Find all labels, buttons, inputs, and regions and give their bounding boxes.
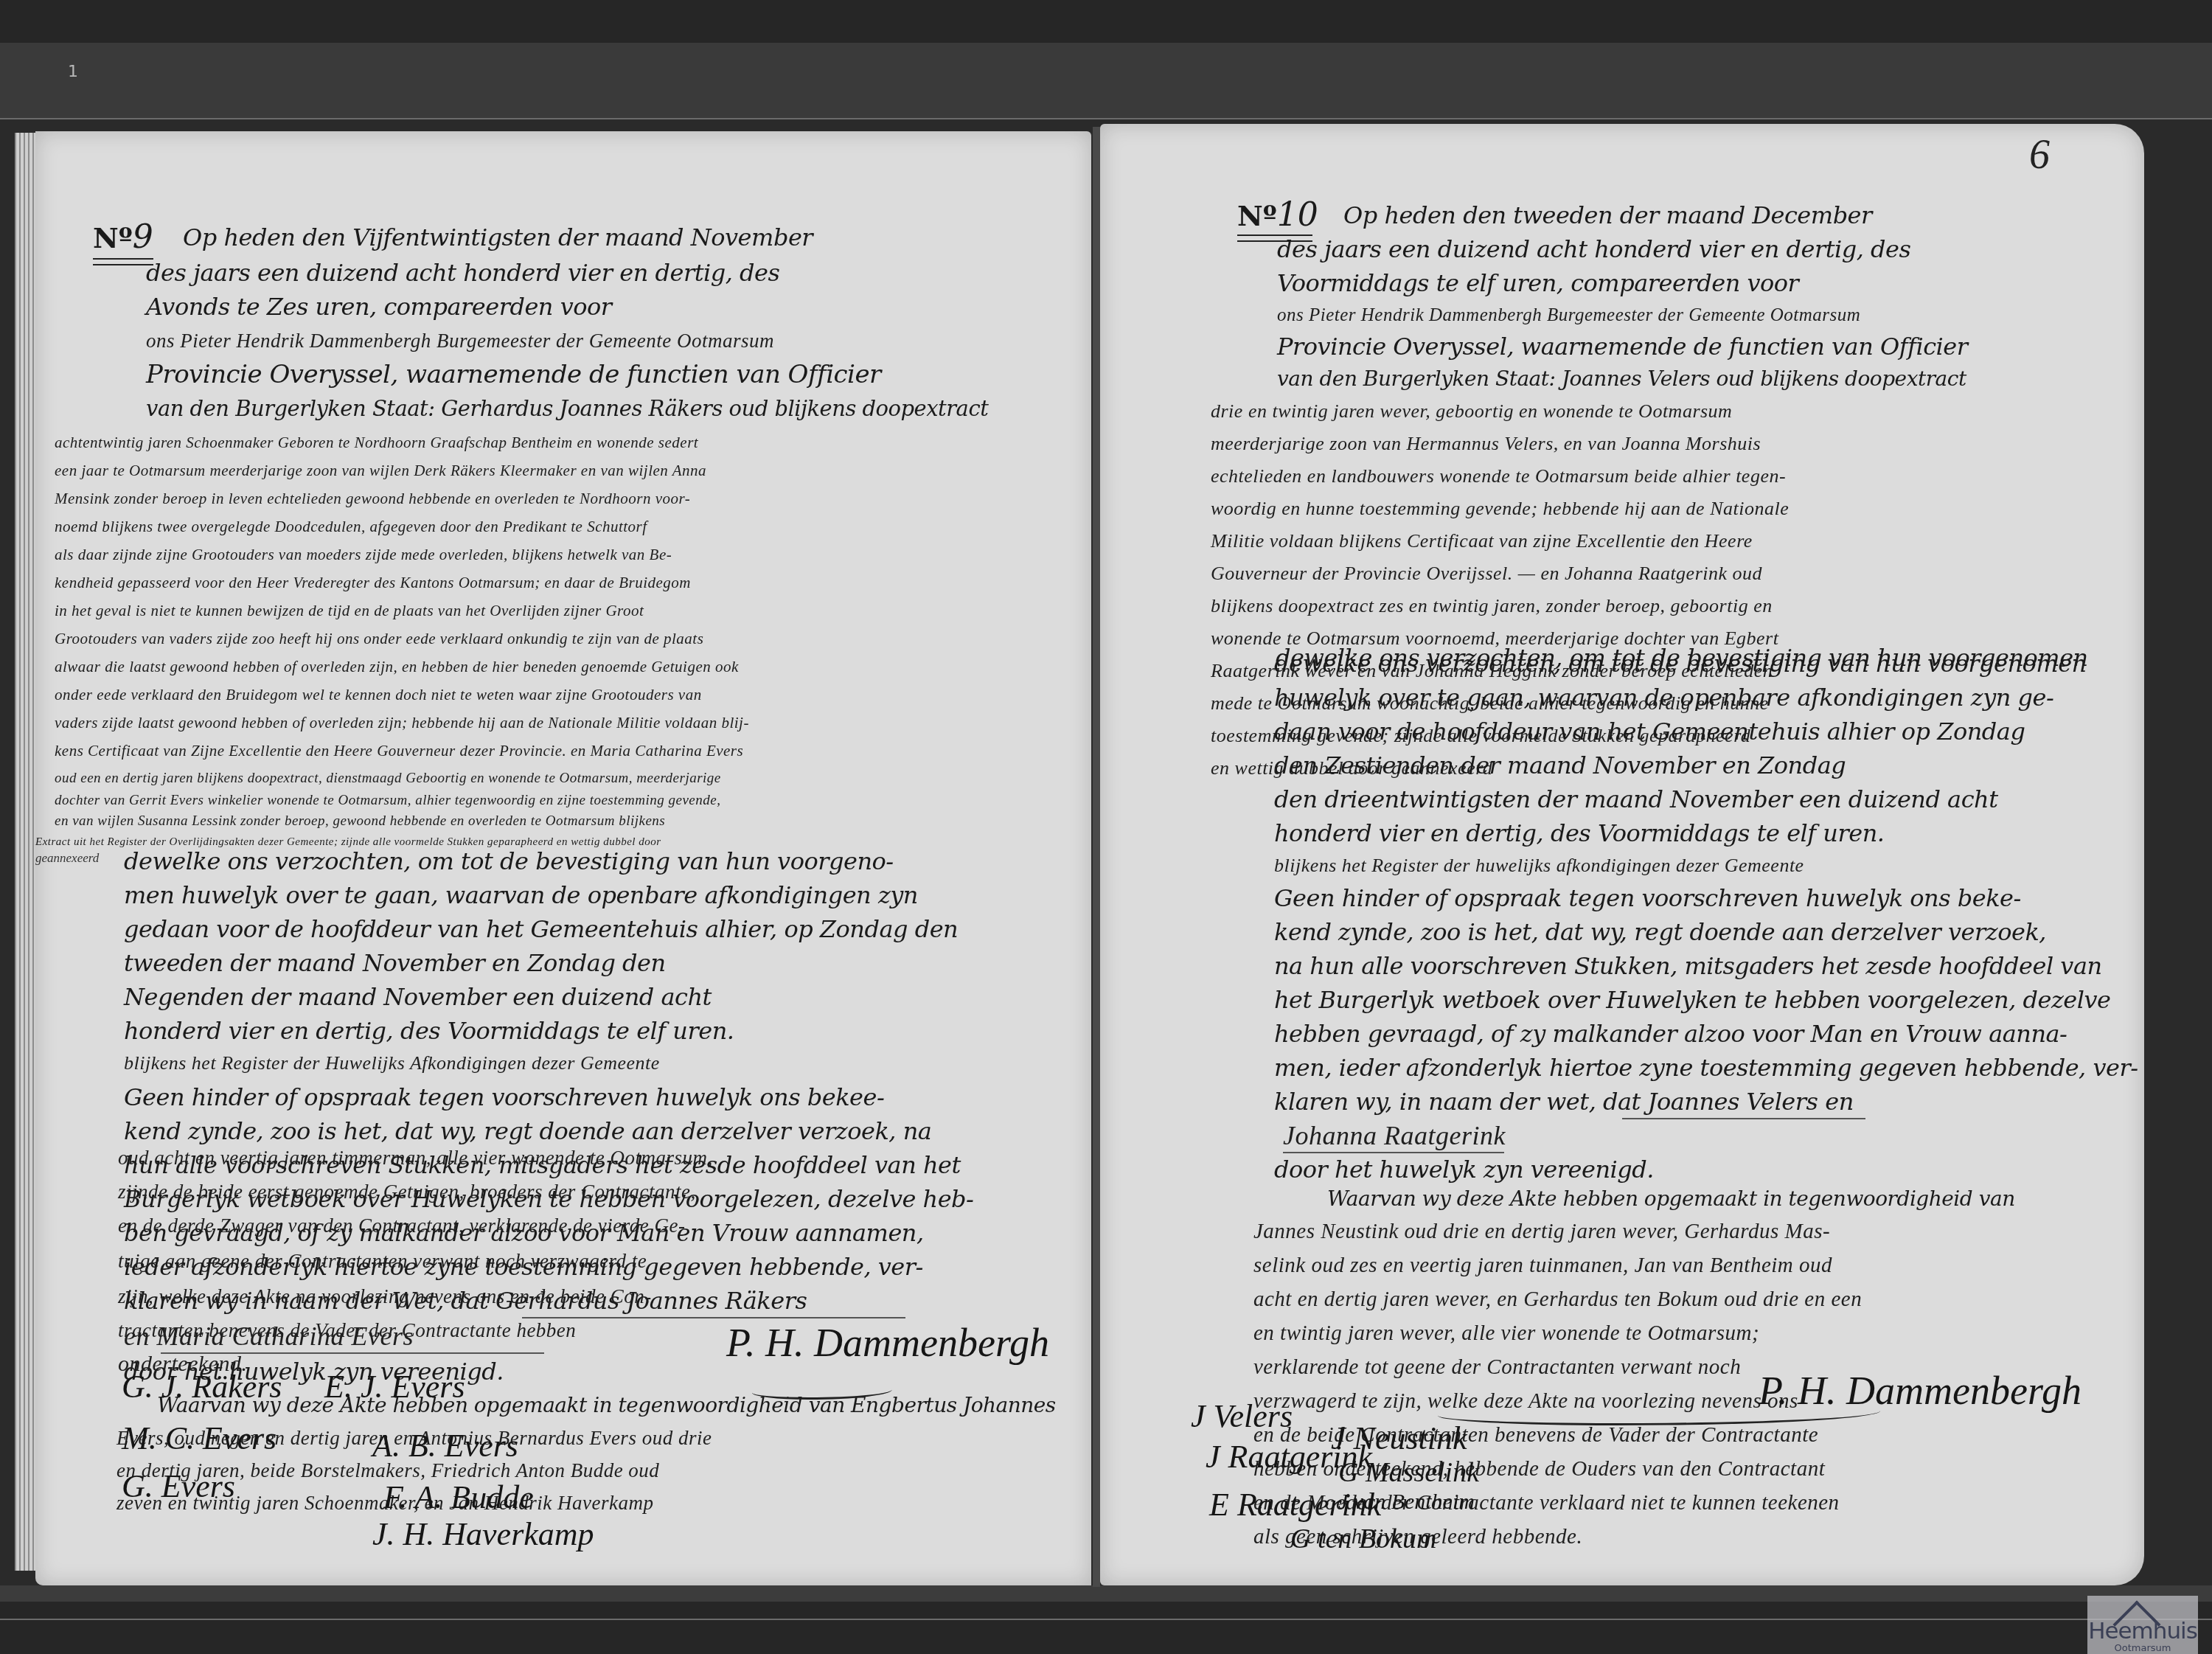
form-line: het Burgerlyk wetboek over Huwelyken te … bbox=[1274, 985, 2110, 1015]
groom-name-underline bbox=[1622, 1118, 1865, 1119]
handwritten-line: Militie voldaan blijkens Certificaat van… bbox=[1211, 527, 1753, 556]
handwritten-line: alwaar die laatst gewoond hebben of over… bbox=[55, 652, 739, 681]
scanner-frame-line-bottom bbox=[0, 1619, 2212, 1620]
witness-line: Waarvan wy deze Akte hebben opgemaakt in… bbox=[1327, 1184, 2015, 1214]
preamble-line: Op heden den tweeden der maand December bbox=[1343, 201, 1872, 230]
preamble-line: van den Burgerlyken Staat: Joannes Veler… bbox=[1277, 364, 1966, 394]
logo-subtitle: Ootmarsum bbox=[2087, 1643, 2198, 1654]
preamble-line: Avonds te Zes uren, compareerden voor bbox=[146, 292, 612, 322]
entry-number-prefix: Nº bbox=[1237, 199, 1277, 232]
form-line: honderd vier en dertig, des Voormiddags … bbox=[124, 1016, 734, 1046]
handwritten-line: blijkens doopextract zes en twintig jare… bbox=[1211, 591, 1773, 621]
witness-line: zijnde de beide eerst genoemde Getuigen,… bbox=[118, 1177, 696, 1206]
preamble-line: des jaars een duizend acht honderd vier … bbox=[1277, 234, 1910, 264]
witness-line: tuige aan geene der Contractanten verwan… bbox=[118, 1246, 647, 1276]
scanner-frame-line bbox=[0, 118, 2212, 119]
handwritten-line: kens Certificaat van Zijne Excellentie d… bbox=[55, 736, 743, 765]
signature: G. J. Räkers bbox=[122, 1368, 282, 1405]
form-line: Geen hinder of opspraak tegen voorschrev… bbox=[1274, 883, 2021, 913]
preamble-line: ons Pieter Hendrik Dammenbergh Burgemees… bbox=[1277, 301, 1860, 330]
preamble-line: Voormiddags te elf uren, compareerden vo… bbox=[1277, 268, 1798, 298]
signature: J Neustink bbox=[1331, 1420, 1467, 1457]
margin-note: geannexeerd bbox=[35, 851, 99, 866]
corner-mark: 1 bbox=[68, 63, 78, 81]
handwritten-line: Mensink zonder beroep in leven echtelied… bbox=[55, 484, 690, 513]
preamble-line: ons Pieter Hendrik Dammenbergh Burgemees… bbox=[146, 326, 774, 355]
handwritten-line: in het geval is niet te kunnen bewijzen … bbox=[55, 596, 644, 625]
entry-number-underline bbox=[93, 258, 153, 265]
form-line: den Zestienden der maand November en Zon… bbox=[1274, 751, 1846, 780]
entry-number-prefix: Nº bbox=[93, 221, 133, 254]
signature: F. A. Budde bbox=[383, 1478, 534, 1516]
handwritten-line: Grootouders van vaders zijde zoo heeft h… bbox=[55, 624, 703, 653]
bride-name-line: Johanna Raatgerink bbox=[1283, 1121, 1506, 1150]
witness-line: tractanten benevens de Vader der Contrac… bbox=[118, 1316, 576, 1345]
form-line: honderd vier en dertig, des Voormiddags … bbox=[1274, 819, 1884, 848]
form-line: men huwelyk over te gaan, waarvan de ope… bbox=[124, 880, 918, 910]
handwritten-line: noemd blijkens twee overgelegde Doodcedu… bbox=[55, 512, 647, 541]
form-line: dewelke ons verzochten, om tot de bevest… bbox=[1274, 649, 2087, 678]
witness-line: Jannes Neustink oud drie en dertig jaren… bbox=[1253, 1217, 1830, 1246]
scanner-frame-top-inner bbox=[0, 43, 2212, 118]
handwritten-line: onder eede verklaard den Bruidegom wel t… bbox=[55, 680, 702, 709]
officiant-signature-left: P. H. Dammenbergh bbox=[726, 1320, 1049, 1366]
preamble-line: Op heden den Vijfentwintigsten der maand… bbox=[183, 223, 813, 252]
handwritten-line: kendheid gepasseerd voor den Heer Vreder… bbox=[55, 568, 691, 597]
witness-line: en twintig jaren wever, alle vier wonend… bbox=[1253, 1318, 1759, 1348]
form-line: Geen hinder of opspraak tegen voorschrev… bbox=[124, 1083, 884, 1112]
handwritten-line: een jaar te Ootmarsum meerderjarige zoon… bbox=[55, 456, 706, 485]
form-line: gedaan voor de hoofddeur van het Gemeent… bbox=[124, 914, 958, 944]
form-line: klaren wy, in naam der wet, dat Joannes … bbox=[1274, 1087, 1854, 1116]
handwritten-line: meerderjarige zoon van Hermannus Velers,… bbox=[1211, 429, 1761, 459]
signature: A. B. Evers bbox=[372, 1427, 518, 1464]
handwritten-line: echtelieden en landbouwers wonende te Oo… bbox=[1211, 462, 1786, 491]
signature: G. Evers bbox=[122, 1467, 235, 1505]
signature: G Masselink bbox=[1338, 1456, 1479, 1489]
signature: M. C. Evers bbox=[122, 1420, 276, 1457]
witness-line: zijn, welke deze Akte na voorlezing neve… bbox=[118, 1282, 652, 1311]
form-line: hebben gevraagd, of zy malkander alzoo v… bbox=[1274, 1019, 2067, 1049]
witness-line: oud acht en veertig jaren timmerman, all… bbox=[118, 1143, 713, 1172]
form-line: door het huwelyk zyn vereenigd. bbox=[1274, 1155, 1654, 1184]
form-line: blijkens het Register der Huwelijks Afko… bbox=[124, 1049, 660, 1078]
form-line: kend zynde, zoo is het, dat wy, regt doe… bbox=[1274, 917, 2046, 947]
preamble-line: des jaars een duizend acht honderd vier … bbox=[146, 258, 779, 288]
heemhuis-logo: Heemhuis Ootmarsum bbox=[2087, 1596, 2198, 1654]
witness-line: Waarvan wy deze Akte hebben opgemaakt in… bbox=[157, 1391, 1056, 1420]
form-line: daan voor de hoofddeur van het Gemeenteh… bbox=[1274, 717, 2025, 746]
signature: G ten Bokum bbox=[1290, 1523, 1436, 1555]
form-line: kend zynde, zoo is het, dat wy, regt doe… bbox=[124, 1116, 931, 1146]
signature: J. H. Haverkamp bbox=[372, 1515, 594, 1553]
witness-line: en de derde Zwager van den Contractant, … bbox=[118, 1211, 686, 1240]
scanner-frame-top bbox=[0, 0, 2212, 43]
form-line: na hun alle voorschreven Stukken, mitsga… bbox=[1274, 951, 2102, 981]
entry-number-10: Nº10 bbox=[1237, 196, 1318, 234]
form-line: men, ieder afzonderlyk hiertoe zyne toes… bbox=[1274, 1053, 2138, 1083]
page-stack-edge bbox=[15, 133, 37, 1571]
handwritten-line: achtentwintig jaren Schoenmaker Geboren … bbox=[55, 428, 698, 457]
groom-name-underline bbox=[522, 1317, 905, 1318]
folio-number: 6 bbox=[2029, 131, 2050, 178]
scanner-frame-bottom-inner bbox=[0, 1585, 2212, 1602]
witness-line: acht en dertig jaren wever, en Gerhardus… bbox=[1253, 1285, 1862, 1314]
signature: E. J. Evers bbox=[324, 1368, 465, 1405]
form-line: huwelyk over te gaan, waarvan de openbar… bbox=[1274, 683, 2053, 712]
entry-number-value: 10 bbox=[1277, 196, 1318, 234]
form-line: den drieentwintigsten der maand November… bbox=[1274, 785, 1998, 814]
form-line: tweeden der maand November en Zondag den bbox=[124, 948, 666, 978]
handwritten-line: Gouverneur der Provincie Overijssel. — e… bbox=[1211, 559, 1762, 588]
witness-line: verklarende tot geene der Contractanten … bbox=[1253, 1352, 1741, 1382]
preamble-line: Provincie Overyssel, waarnemende de func… bbox=[1277, 332, 1968, 361]
form-line: dewelke ons verzochten, om tot de bevest… bbox=[124, 847, 894, 876]
witness-line: selink oud zes en veertig jaren tuinmane… bbox=[1253, 1251, 1832, 1280]
logo-name: Heemhuis bbox=[2087, 1618, 2198, 1644]
handwritten-line: vaders zijde laatst gewoond hebben of ov… bbox=[55, 708, 749, 737]
entry-number-9: Nº9 bbox=[93, 218, 153, 256]
handwritten-line: als daar zijnde zijne Grootouders van mo… bbox=[55, 540, 672, 569]
preamble-line: van den Burgerlyken Staat: Gerhardus Joa… bbox=[146, 394, 988, 423]
handwritten-line: drie en twintig jaren wever, geboortig e… bbox=[1211, 397, 1732, 426]
book-gutter bbox=[1093, 127, 1100, 1587]
signature: J Velers bbox=[1191, 1397, 1293, 1435]
entry-number-value: 9 bbox=[133, 218, 153, 256]
bride-name-underline bbox=[1283, 1152, 1504, 1153]
preamble-line: Provincie Overyssel, waarnemende de func… bbox=[146, 360, 881, 389]
handwritten-line: woordig en hunne toestemming gevende; he… bbox=[1211, 494, 1789, 524]
signature: J van Bentheim bbox=[1338, 1490, 1475, 1515]
form-line: blijkens het Register der huwelijks afko… bbox=[1274, 851, 1804, 880]
form-line: Negenden der maand November een duizend … bbox=[124, 982, 712, 1012]
